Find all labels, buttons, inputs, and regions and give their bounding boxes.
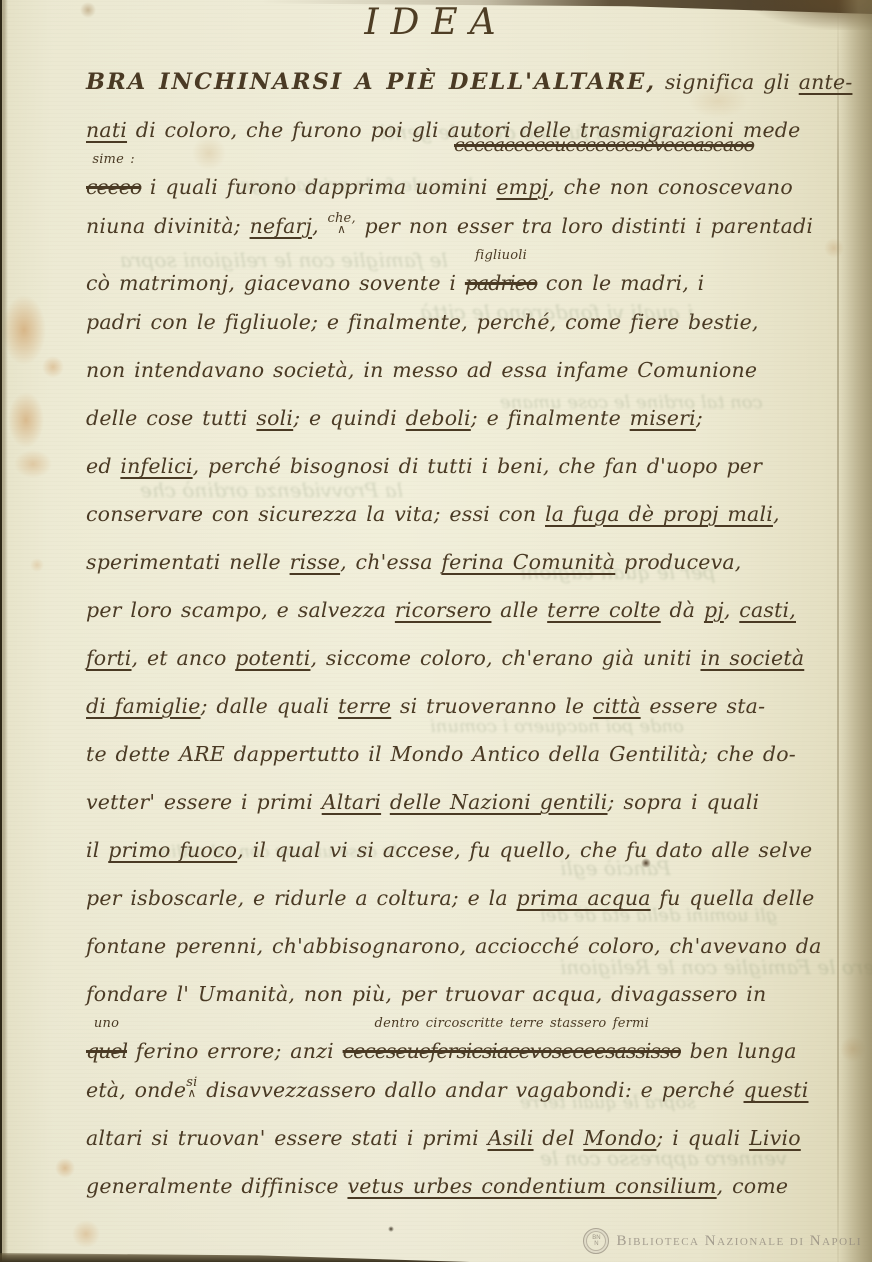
underlined-text: delle Nazioni gentili [390,790,608,814]
handwritten-text: ed [86,454,120,478]
underlined-text: città [593,694,641,718]
page-edge-bottom [0,1250,470,1262]
underlined-text: Mondo [583,1126,656,1150]
underlined-text: empj [496,175,548,199]
handwritten-text: cò matrimonj, giacevano sovente i [86,271,465,295]
manuscript-line: delle cose tutti soli; e quindi deboli; … [86,394,852,442]
underlined-text: pj [704,598,724,622]
underlined-text: in società [700,646,804,670]
manuscript-line: te dette ARE dappertutto il Mondo Antico… [86,730,852,778]
underlined-text: potenti [235,646,310,670]
handwritten-text: fondare l' Umanità, non più, per truovar… [86,982,766,1006]
caret-mark: ∧ [186,1086,197,1100]
handwritten-text: , perché bisognosi di tutti i beni, che … [193,454,763,478]
manuscript-line: niuna divinità; nefarj, che,∧ per non es… [86,202,852,250]
handwritten-text: niuna divinità; [86,214,250,238]
handwritten-text: padri con le figliuole; e finalmente, pe… [86,310,759,334]
manuscript-line: età, ondesi∧ disavvezzassero dallo andar… [86,1066,852,1114]
underlined-text: casti, [739,598,796,622]
underlined-text: Altari [322,790,381,814]
handwritten-text: ferino errore; anzi [127,1039,343,1063]
manuscript-page: che poi furono dette le gentila quale fu… [0,0,872,1262]
manuscript-line: generalmente diffinisce vetus urbes cond… [86,1162,852,1210]
handwritten-text: produceva, [615,550,741,574]
heading-text: BRA INCHINARSI A PIÈ DELL'ALTARE, [86,69,656,95]
handwritten-text: ; [696,406,703,430]
handwritten-text: con le madri, i [537,271,704,295]
handwritten-text: per loro scampo, e salvezza [86,598,395,622]
handwritten-text: delle cose tutti [86,406,256,430]
interlinear-insertion: che,∧ [328,213,356,236]
handwritten-text [381,790,390,814]
handwritten-text: dà [661,598,704,622]
manuscript-line: sime :ceeeo i quali furono dapprima uomi… [86,154,852,202]
manuscript-body: BRA INCHINARSI A PIÈ DELL'ALTARE, signif… [86,58,852,1210]
manuscript-line: unoquel ferino errore; anzi dentro circo… [86,1018,852,1066]
handwritten-text: vetter' essere i primi [86,790,322,814]
underlined-text: ante- [799,70,853,94]
handwritten-text: per non esser tra loro distinti i parent… [356,214,813,238]
handwritten-text: te dette ARE dappertutto il Mondo Antico… [86,742,796,766]
handwritten-text: ; e finalmente [471,406,630,430]
underlined-text: terre [338,694,391,718]
handwritten-text: ; i quali [656,1126,749,1150]
library-watermark: BNN Biblioteca Nazionale di Napoli [583,1228,862,1254]
manuscript-line: il primo fuoco, il qual vi si accese, fu… [86,826,852,874]
manuscript-line: BRA INCHINARSI A PIÈ DELL'ALTARE, signif… [86,58,852,106]
page-edge-left [0,0,8,1262]
underlined-text: questi [744,1078,809,1102]
manuscript-line: vetter' essere i primi Altari delle Nazi… [86,778,852,826]
handwritten-text: sperimentati nelle [86,550,290,574]
handwritten-text: , come [717,1174,789,1198]
handwritten-text: non intendavano società, in messo ad ess… [86,358,757,382]
handwritten-text: significa gli [656,70,799,94]
underlined-text: ferina Comunità [441,550,615,574]
handwritten-text: si truoveranno le [391,694,593,718]
library-watermark-label: Biblioteca Nazionale di Napoli [616,1233,862,1250]
manuscript-line: fondare l' Umanità, non più, per truovar… [86,970,852,1018]
handwritten-text: altari si truovan' essere stati i primi [86,1126,488,1150]
page-title: IDEA [0,2,872,43]
handwritten-text: , che non conoscevano [548,175,793,199]
handwritten-text: essere sta- [641,694,766,718]
underlined-text: la fuga dè propj mali [545,502,773,526]
handwritten-text: , et anco [132,646,236,670]
handwritten-text: , [773,502,780,526]
manuscript-line: di famiglie; dalle quali terre si truove… [86,682,852,730]
handwritten-text: disavvezzassero dallo andar vagabondi: e… [197,1078,743,1102]
handwritten-text: , il qual vi si accese, fu quello, che f… [237,838,812,862]
handwritten-text: , siccome coloro, ch'erano già uniti [310,646,700,670]
manuscript-line: conservare con sicurezza la vita; essi c… [86,490,852,538]
underlined-text: vetus urbes condentium consilium [347,1174,716,1198]
underlined-text: infelici [120,454,192,478]
underlined-text: nefarj [250,214,313,238]
library-seal-icon: BNN [583,1228,609,1254]
handwritten-text: del [534,1126,584,1150]
handwritten-text: ; sopra i quali [608,790,760,814]
handwritten-text: i quali furono dapprima uomini [141,175,496,199]
manuscript-line: per isboscarle, e ridurle a coltura; e l… [86,874,852,922]
manuscript-line: forti, et anco potenti, siccome coloro, … [86,634,852,682]
handwritten-text: , [724,598,739,622]
underlined-text: Livio [749,1126,801,1150]
handwritten-text: , [312,214,327,238]
handwritten-text: ; e quindi [293,406,406,430]
handwritten-text: età, onde [86,1078,186,1102]
manuscript-line: padri con le figliuole; e finalmente, pe… [86,298,852,346]
underlined-text: soli [256,406,293,430]
handwritten-text: , ch'essa [340,550,441,574]
handwritten-text: alle [491,598,547,622]
interlinear-insertion: si∧ [186,1077,197,1100]
underlined-text: miseri [630,406,696,430]
handwritten-text: fontane perenni, ch'abbisognarono, accio… [86,934,822,958]
underlined-text: risse [290,550,341,574]
manuscript-line: cò matrimonj, giacevano sovente i figliu… [86,250,852,298]
handwritten-text: per isboscarle, e ridurle a coltura; e l… [86,886,517,910]
underlined-text: primo fuoco [108,838,237,862]
manuscript-line: ed infelici, perché bisognosi di tutti i… [86,442,852,490]
underlined-text: prima acqua [517,886,651,910]
handwritten-text: il [86,838,108,862]
underlined-text: deboli [406,406,471,430]
manuscript-line: altari si truovan' essere stati i primi … [86,1114,852,1162]
manuscript-line: per loro scampo, e salvezza ricorsero al… [86,586,852,634]
manuscript-line: sperimentati nelle risse, ch'essa ferina… [86,538,852,586]
manuscript-line: non intendavano società, in messo ad ess… [86,346,852,394]
handwritten-text: ben lunga [681,1039,797,1063]
manuscript-line: fontane perenni, ch'abbisognarono, accio… [86,922,852,970]
underlined-text: Asili [488,1126,534,1150]
underlined-text: forti [86,646,132,670]
underlined-text: ricorsero [395,598,492,622]
underlined-text: di famiglie [86,694,201,718]
handwritten-text: generalmente diffinisce [86,1174,347,1198]
deleted-text: ceceaceeceueccecceseveceaseaoo [454,134,754,156]
handwritten-text: conservare con sicurezza la vita; essi c… [86,502,545,526]
handwritten-text: fu quella delle [651,886,815,910]
underlined-text: terre colte [547,598,661,622]
underlined-text: nati [86,118,127,142]
handwritten-text: ; dalle quali [201,694,339,718]
